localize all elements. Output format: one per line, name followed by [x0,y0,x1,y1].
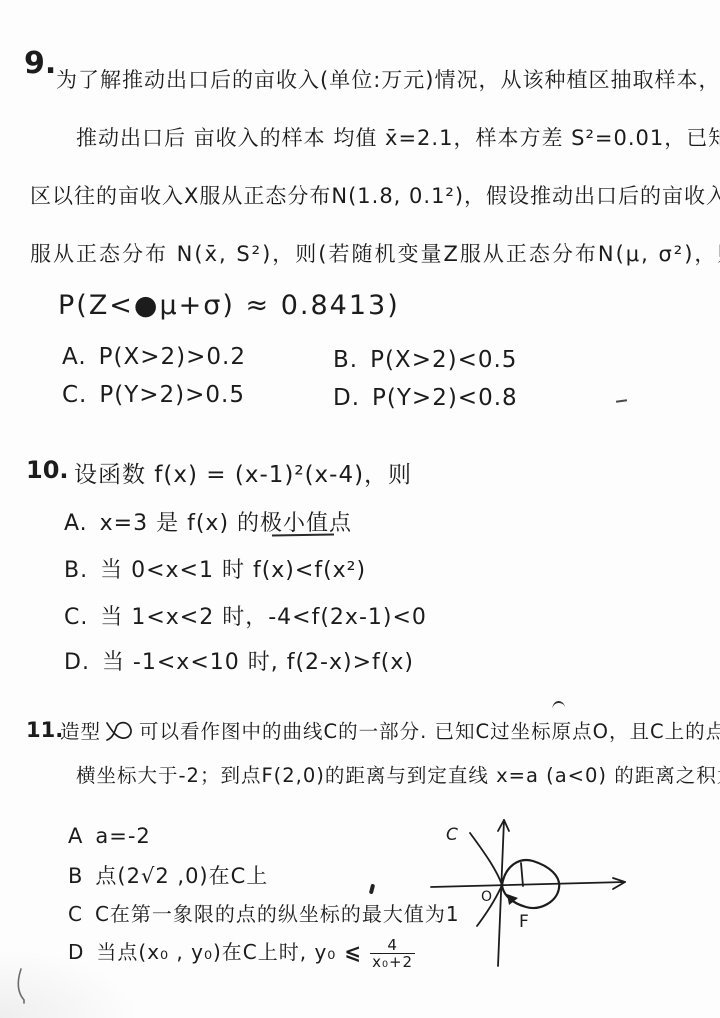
option-label: C. [62,382,87,408]
x-axis-arrowhead [613,878,625,889]
question-9-line-4: 服从正态分布 N(x̄, S²)，则(若随机变量Z服从正态分布N(μ, σ²)，… [30,238,720,268]
option-label: C. [64,605,88,630]
stem-prefix: 造型 [60,720,101,743]
question-9-line-3: 区以往的亩收入X服从正态分布N(1.8, 0.1²)，假设推动出口后的亩收入Y [30,180,720,210]
question-9-option-c: C.P(Y>2)>0.5 [62,382,245,408]
question-10-option-b: B.当 0<x<1 时 f(x)<f(x²) [64,553,366,584]
fraction-numerator: 4 [370,937,415,955]
question-11-line-2: 横坐标大于-2；到点F(2,0)的距离与到定直线 x=a (a<0) 的距离之积… [76,760,720,788]
option-text: P(Y>2)>0.5 [99,382,245,408]
question-9-number: 9. [24,46,56,81]
stray-mark-hat [552,700,566,710]
option-text: 当 0<x<1 时 f(x)<f(x²) [100,558,366,583]
question-11-line-1: 造型可以看作图中的曲线C的一部分. 已知C过坐标原点O，且C上的点满足: [60,716,720,744]
stem-text: 可以看作图中的曲线C的一部分. 已知C过坐标原点O，且C上的点满足: [139,720,720,743]
option-label: C [68,902,83,926]
fraction: 4x₀+2 [370,937,415,971]
question-9-option-a: A.P(X>2)>0.2 [62,344,246,370]
question-11-option-c: CC在第一象限的点的纵坐标的最大值为1 [68,898,460,927]
option-text: P(X>2)<0.5 [370,347,517,373]
figure-label-c: C [446,825,458,845]
loop-shape-symbol [105,719,135,743]
option-text: 当 1<x<2 时，-4<f(2x-1)<0 [100,605,427,630]
option-label: A [68,824,83,848]
question-11-number: 11. [26,718,63,742]
question-9-line-2: 推动出口后 亩收入的样本 均值 x̄=2.1，样本方差 S²=0.01，已知该种… [76,122,720,152]
stray-mark-dot [369,884,375,895]
question-9-line-1: 为了解推动出口后的亩收入(单位:万元)情况，从该种植区抽取样本，得到 [56,64,720,94]
leq-symbol: ⩽ [344,940,362,964]
question-10-number: 10. [26,456,69,484]
option-label: B [68,864,83,888]
question-9-line-5: P(Z<●μ+σ) ≈ 0.8413) [58,290,400,321]
option-text: 当 -1<x<10 时, f(2-x)>f(x) [102,650,414,675]
fraction-denominator: x₀+2 [370,954,415,971]
option-text: C在第一象限的点的纵坐标的最大值为1 [95,902,460,926]
stray-mark-dash [616,399,627,403]
question-10-option-a: A.x=3 是 f(x) 的极小值点 [64,506,352,537]
x-axis [431,882,625,887]
question-11-option-b: B点(2√2 ,0)在C上 [68,860,268,890]
question-10-option-d: D.当 -1<x<10 时, f(2-x)>f(x) [64,645,414,676]
option-label: B. [64,558,88,583]
question-10-stem: 设函数 f(x) = (x-1)²(x-4)，则 [74,456,412,489]
option-text: a=-2 [95,824,150,848]
figure-label-f: F [519,912,529,932]
option-text: 点(2√2 ,0)在C上 [95,864,268,888]
option-label: D. [64,650,90,675]
option-label: D. [333,385,360,411]
curve-c-left-branch [470,833,502,926]
option-label: A. [64,511,88,536]
figure-label-o: O [481,889,492,905]
option-text: x=3 是 f(x) 的极小值点 [100,511,352,536]
option-label: B. [333,347,358,373]
question-10-option-c: C.当 1<x<2 时，-4<f(2x-1)<0 [64,600,427,631]
question-11-option-a: Aa=-2 [68,824,151,848]
point-tick-mark [521,863,523,886]
page-bottom-shading [0,948,140,1018]
handwritten-exam-page: 9. 为了解推动出口后的亩收入(单位:万元)情况，从该种植区抽取样本，得到 推动… [0,0,720,1018]
option-text: P(Y>2)<0.8 [372,385,518,411]
question-9-option-b: B.P(X>2)<0.5 [333,347,517,373]
option-text: P(X>2)>0.2 [99,344,246,370]
option-label: A. [62,344,87,370]
curve-figure: C O F [427,806,642,978]
question-9-option-d: D.P(Y>2)<0.8 [333,385,518,411]
